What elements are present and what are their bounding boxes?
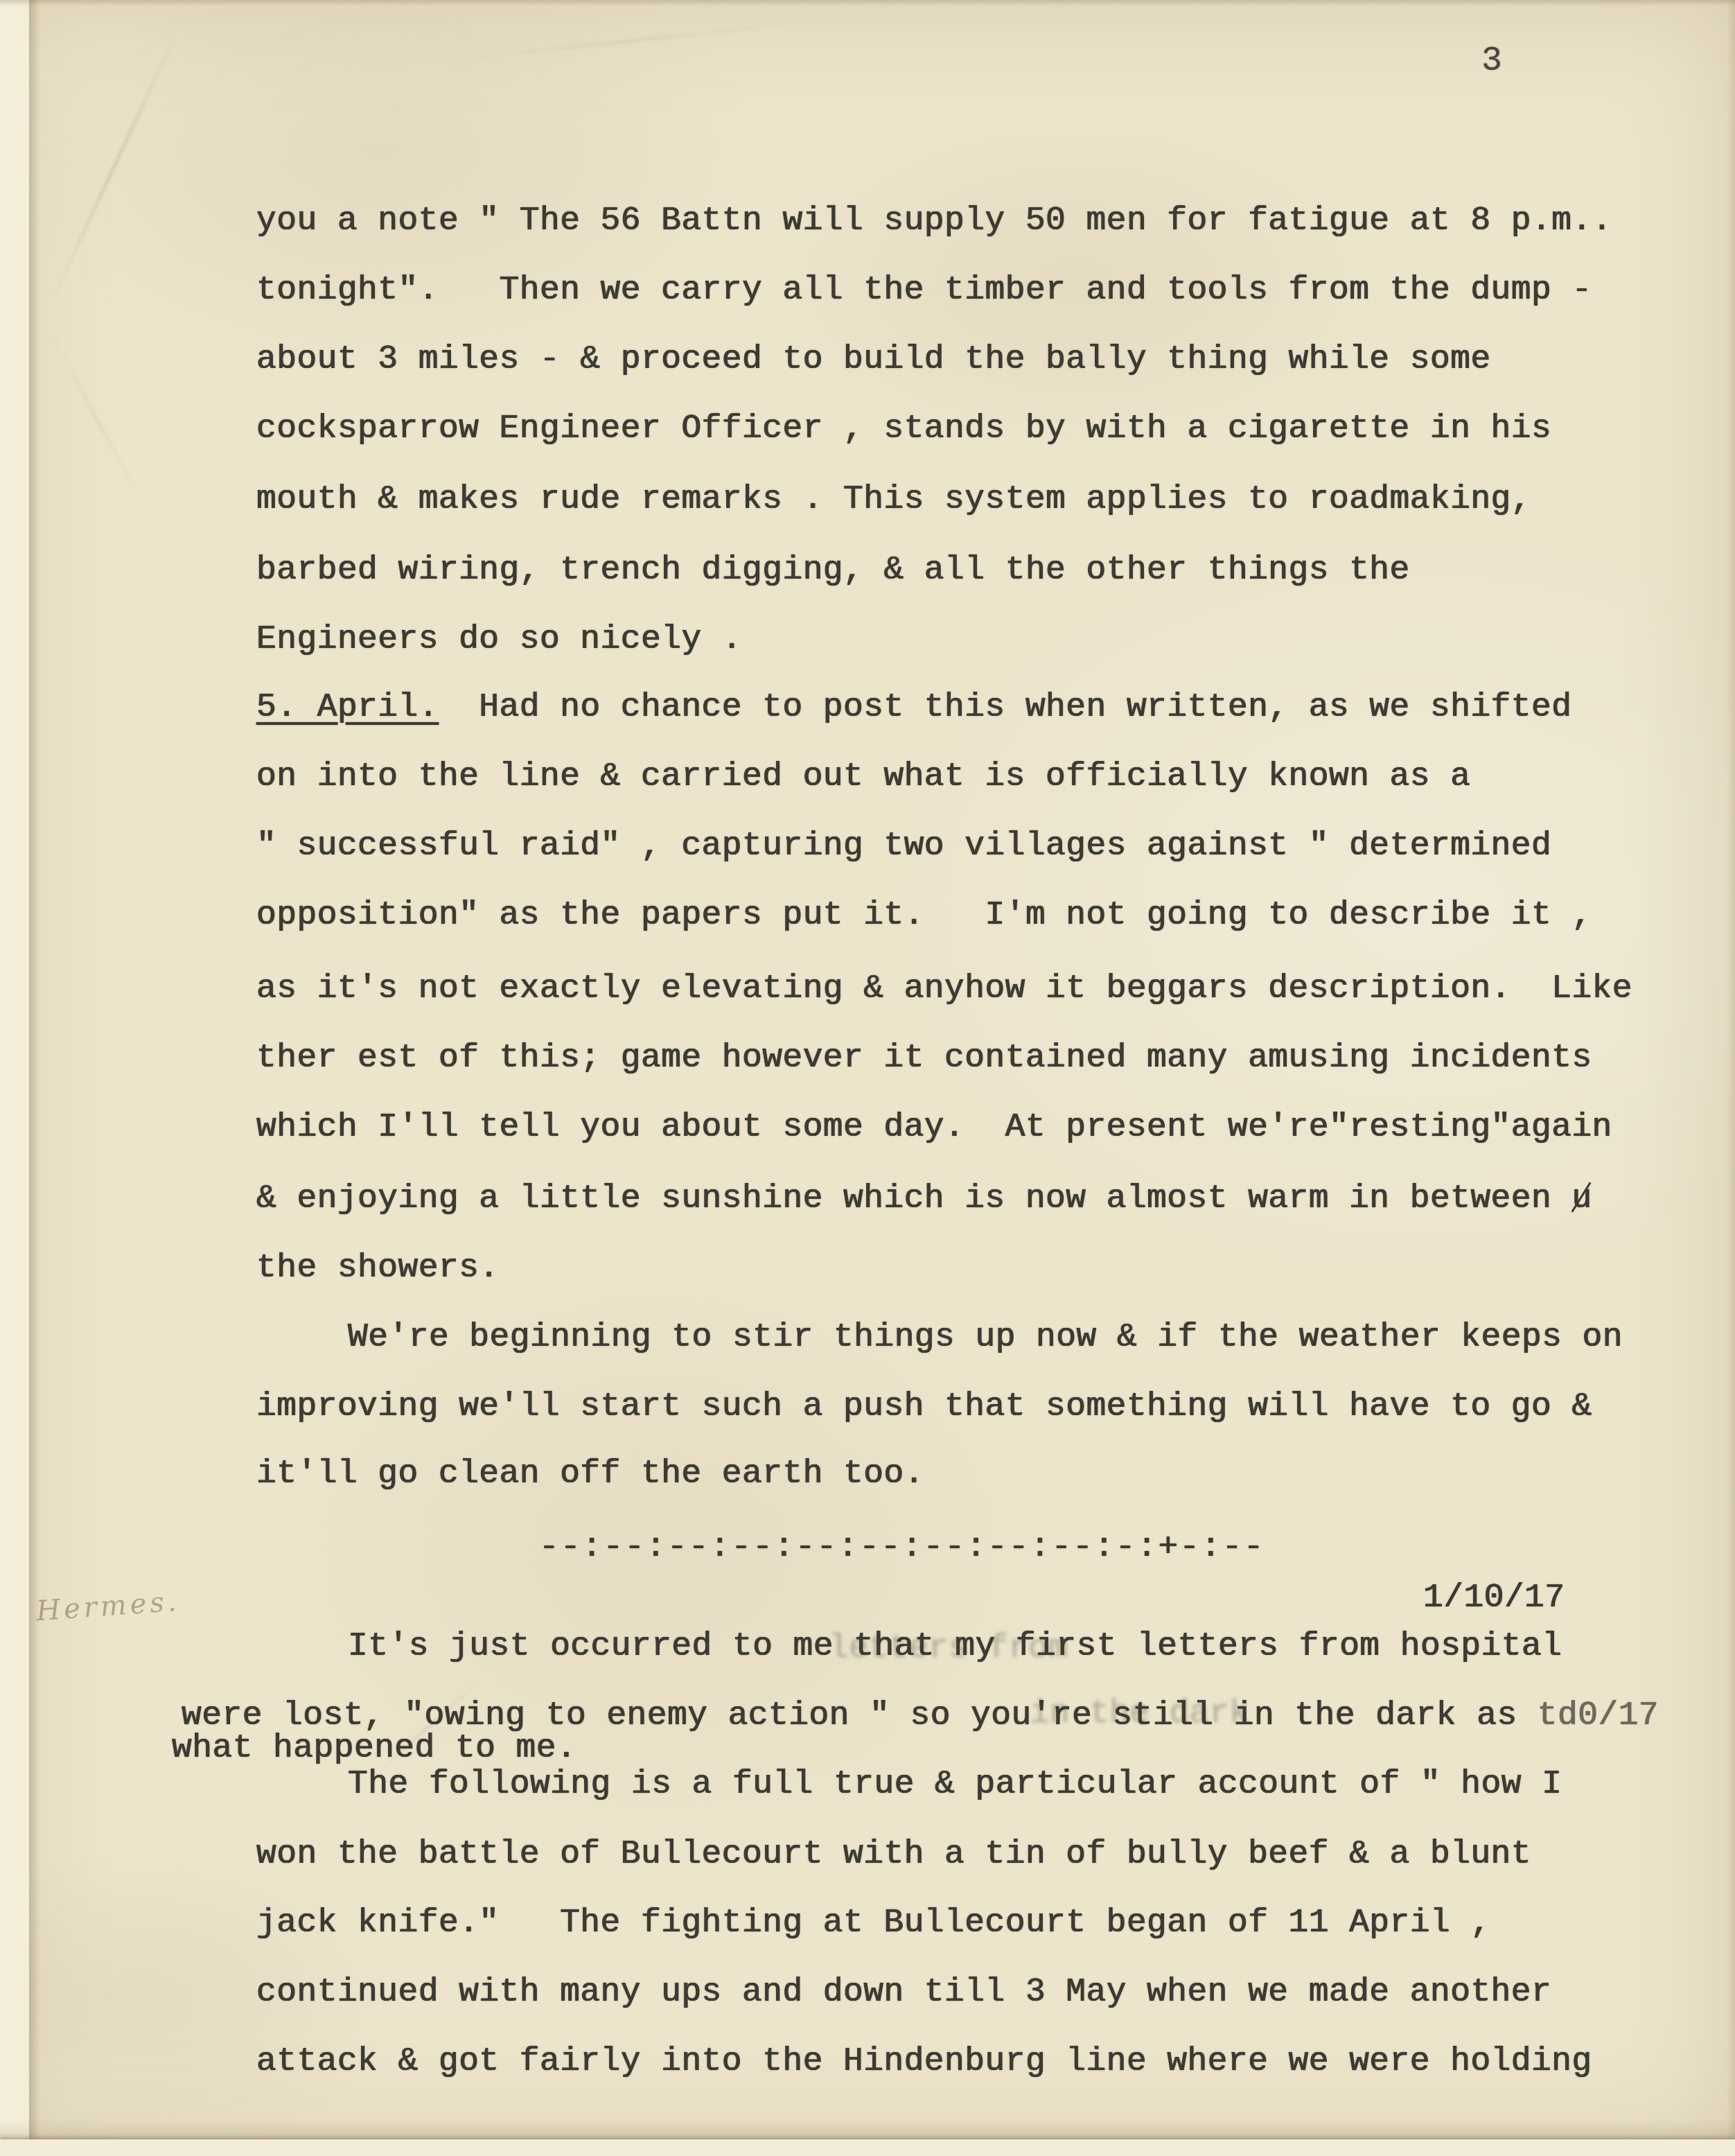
crease-mark [443,22,802,62]
crease-mark [46,326,146,510]
typed-line: were lost, "owing to enemy action " so y… [182,1697,1659,1735]
typed-line: you a note " The 56 Battn will supply 50… [256,202,1612,240]
typed-line: ther est of this; game however it contai… [256,1040,1592,1077]
typed-line: & enjoying a little sunshine which is no… [256,1180,1592,1218]
typed-line: attack & got fairly into the Hindenburg … [256,2043,1592,2080]
typed-line: about 3 miles - & proceed to build the b… [256,341,1491,378]
typed-line: continued with many ups and down till 3 … [256,1974,1551,2011]
left-edge-shadow [29,0,40,2156]
typed-line: which I'll tell you about some day. At p… [256,1109,1612,1146]
right-edge-shadow [1727,0,1735,2156]
typed-line: as it's not exactly elevating & anyhow i… [256,970,1632,1008]
under-sheet-bottom-edge [0,2139,1735,2156]
typed-line: cocksparrow Engineer Officer , stands by… [256,410,1551,448]
overstruck-text: td0/17 [1538,1697,1659,1735]
typed-line: mouth & makes rude remarks . This system… [256,481,1531,518]
typed-line: jack knife." The fighting at Bullecourt … [256,1904,1491,1942]
margin-note-hermes: Hermes. [35,1588,181,1625]
typed-text: Had no chance to post this when written,… [439,689,1571,726]
paper-texture [0,0,1735,2156]
typed-line-entry-heading: 5. April. Had no chance to post this whe… [256,689,1571,726]
crease-mark [51,30,179,301]
typed-line: opposition" as the papers put it. I'm no… [256,897,1592,934]
typed-line: the showers. [256,1250,499,1287]
typed-line: barbed wiring, trench digging, & all the… [256,552,1410,589]
bottom-edge-shading [0,2119,1735,2139]
typed-line: improving we'll start such a push that s… [256,1388,1592,1426]
under-sheet-left-edge [0,0,29,2156]
typed-line: The following is a full true & particula… [256,1766,1562,1803]
typed-text: & enjoying a little sunshine which is no… [256,1180,1571,1218]
letter-date: 1/10/17 [1423,1579,1565,1617]
typed-line: what happened to me. [172,1730,576,1767]
typed-line: on into the line & carried out what is o… [256,758,1470,796]
entry-date-heading: 5. April. [256,689,439,726]
typed-line: won the battle of Bullecourt with a tin … [256,1836,1531,1873]
typed-line: it'll go clean off the earth too. [256,1455,924,1493]
page-number: 3 [1481,44,1502,79]
typed-line: tonight". Then we carry all the timber a… [256,272,1592,309]
top-edge-shadow [0,0,1735,6]
typed-line: Engineers do so nicely . [256,621,742,658]
separator-line: --:--:--:--:--:--:--:--:--:-:+-:-- [539,1529,1265,1566]
struck-out-char: u [1571,1180,1592,1218]
typed-line: " successful raid" , capturing two villa… [256,827,1551,865]
typed-text: were lost, "owing to enemy action " so y… [182,1697,1538,1735]
typed-line: We're beginning to stir things up now & … [256,1319,1623,1356]
typed-line: It's just occurred to me that my first l… [256,1628,1562,1665]
